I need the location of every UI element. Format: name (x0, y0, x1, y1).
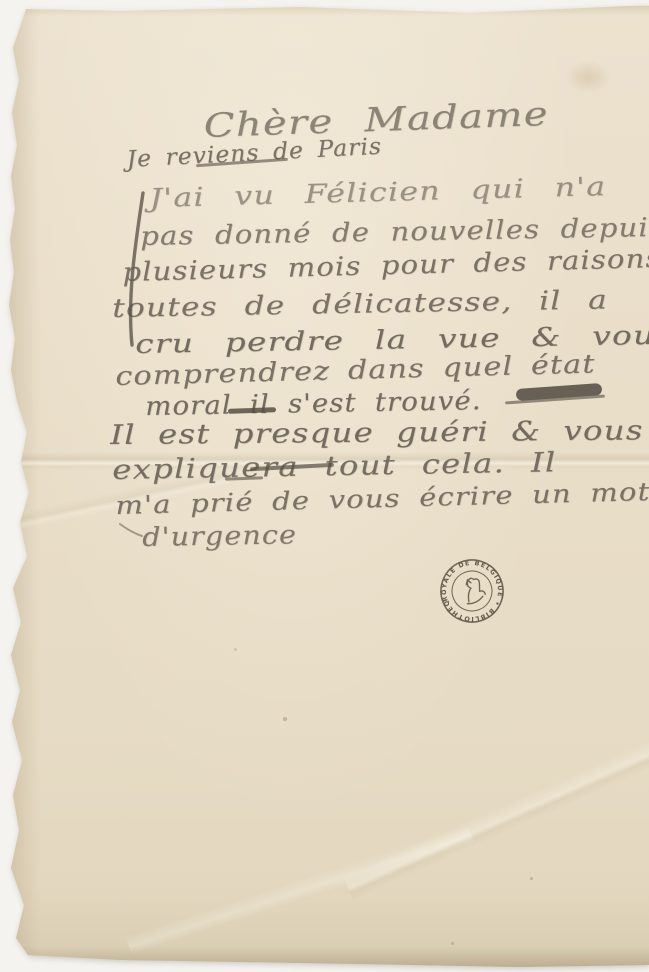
scanner-background: Chère Madame Je reviens de Paris J'ai vu… (0, 0, 649, 972)
stain-smudge (565, 60, 611, 94)
handwriting-line: Il est presque guéri & vous (110, 415, 644, 451)
handwriting-line-closing: d'urgence (142, 520, 297, 553)
foxing-spot (451, 942, 454, 945)
handwriting-line: toutes de délicatesse, il a (112, 285, 608, 324)
left-edge-shading (6, 0, 40, 972)
paper-wrapper: Chère Madame Je reviens de Paris J'ai vu… (0, 0, 649, 972)
handwriting-line: Je reviens de Paris (126, 134, 383, 173)
letter-sheet: Chère Madame Je reviens de Paris J'ai vu… (0, 0, 649, 972)
foxing-spot (530, 877, 533, 880)
bottom-edge-shading (0, 946, 649, 968)
top-edge-shading (0, 6, 649, 16)
library-stamp: ROYALE DE BELGIQUE • BIBLIOTHÈQUE • (425, 544, 519, 638)
handwriting-line: J'ai vu Félicien qui n'a (149, 172, 607, 214)
lion-emblem-icon (459, 575, 487, 605)
foxing-spot (283, 717, 287, 721)
diagonal-crease (126, 825, 475, 955)
foxing-spot (234, 648, 237, 651)
